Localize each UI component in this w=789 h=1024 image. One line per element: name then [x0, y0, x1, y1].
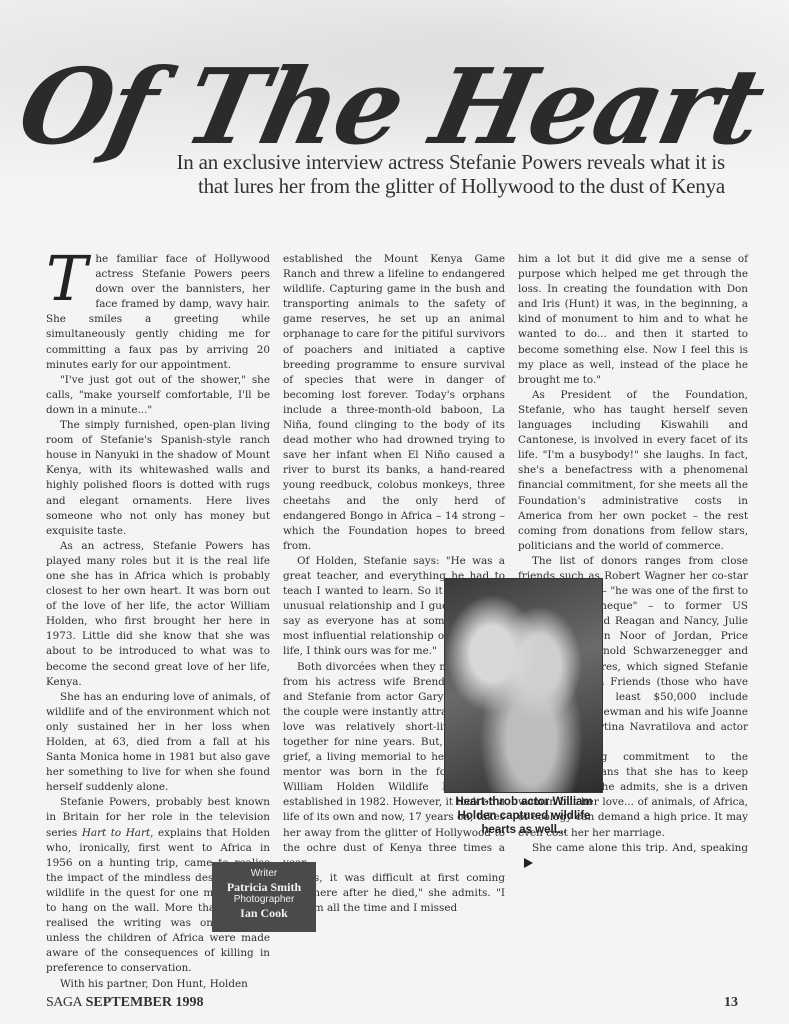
photographer-name: Ian Cook	[212, 906, 316, 920]
standfirst-line-1: In an exclusive interview actress Stefan…	[160, 150, 725, 174]
show-title: Hart to Hart	[82, 827, 150, 839]
photo-william-holden	[444, 578, 603, 793]
paragraph: The simply furnished, open-plan living r…	[46, 418, 270, 539]
photographer-label: Photographer	[212, 894, 316, 906]
paragraph: "I've just got out of the shower," she c…	[46, 373, 270, 418]
paragraph: "Yes, it was difficult at first coming b…	[283, 871, 505, 916]
photo-caption: Heart-throb actor William Holden capture…	[444, 795, 604, 837]
paragraph: With his partner, Don Hunt, Holden	[46, 977, 270, 992]
standfirst-line-2: that lures her from the glitter of Holly…	[160, 174, 725, 198]
standfirst: In an exclusive interview actress Stefan…	[160, 150, 725, 198]
drop-cap: T	[46, 254, 87, 304]
continue-arrow-icon	[524, 858, 533, 868]
issue-date: SEPTEMBER 1998	[86, 995, 204, 1010]
footer-issue: SAGA SEPTEMBER 1998	[46, 995, 203, 1011]
headline: Of The Heart	[10, 52, 773, 162]
writer-label: Writer	[212, 868, 316, 880]
page-number: 13	[724, 995, 738, 1011]
paragraph: The familiar face of Hollywood actress S…	[46, 252, 270, 373]
paragraph: As an actress, Stefanie Powers has playe…	[46, 539, 270, 690]
paragraph: She has an enduring love of animals, of …	[46, 690, 270, 796]
magazine-page: Of The Heart In an exclusive interview a…	[0, 0, 789, 1024]
paragraph: him a lot but it did give me a sense of …	[518, 252, 748, 388]
magazine-brand: SAGA	[46, 995, 82, 1010]
paragraph: As President of the Foundation, Stefanie…	[518, 388, 748, 554]
credits-box: Writer Patricia Smith Photographer Ian C…	[212, 862, 316, 932]
paragraph: She came alone this trip. And, speaking	[518, 841, 748, 871]
paragraph: established the Mount Kenya Game Ranch a…	[283, 252, 505, 554]
writer-name: Patricia Smith	[212, 880, 316, 894]
